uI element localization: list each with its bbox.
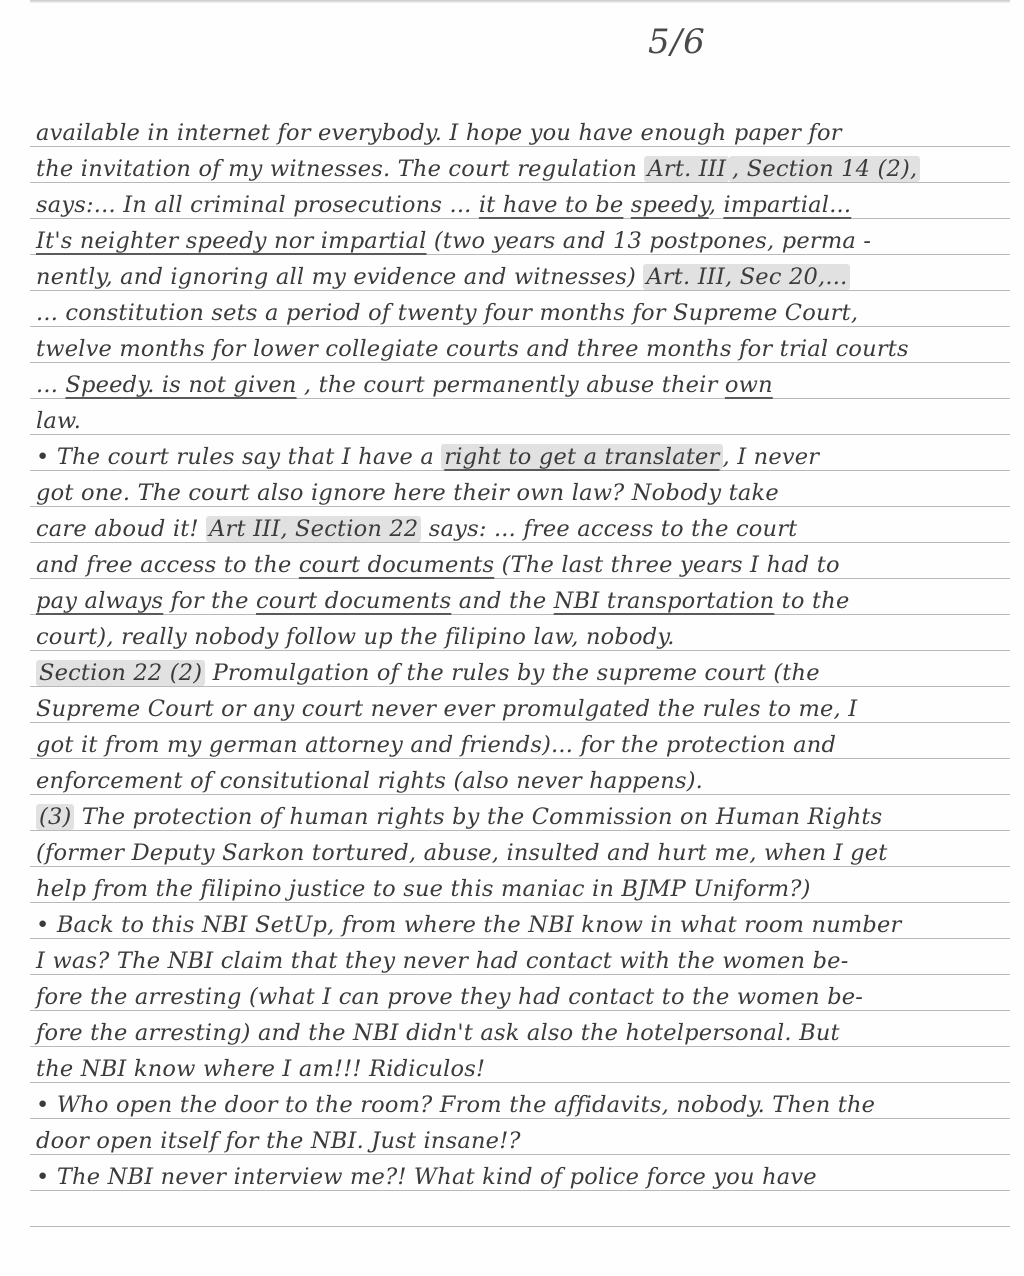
text-segment: says: ... free access to the court [421,516,797,542]
text-segment: ... constitution sets a period of twenty… [36,300,858,326]
text-line: (3) The protection of human rights by th… [36,800,1016,834]
text-segment: available in internet for everybody. I h… [36,120,842,146]
text-segment: got it from my german attorney and frien… [36,732,836,758]
text-segment: door open itself for the NBI. Just insan… [36,1128,521,1154]
text-line: the invitation of my witnesses. The cour… [36,152,1016,186]
text-line: Supreme Court or any court never ever pr… [36,692,1016,726]
text-line: enforcement of consitutional rights (als… [36,764,1016,798]
text-segment: court), really nobody follow up the fili… [36,624,675,650]
text-line: fore the arresting (what I can prove the… [36,980,1016,1014]
text-segment: fore the arresting) and the NBI didn't a… [36,1020,840,1046]
underlined-text: impartial... [723,192,851,218]
text-line: ... constitution sets a period of twenty… [36,296,1016,330]
text-segment: • Who open the door to the room? From th… [36,1092,875,1118]
text-line: (former Deputy Sarkon tortured, abuse, i… [36,836,1016,870]
text-segment: (The last three years I had to [494,552,840,578]
text-line: • Back to this NBI SetUp, from where the… [36,908,1016,942]
text-segment: got one. The court also ignore here thei… [36,480,779,506]
text-segment: to the [774,588,849,614]
text-segment: nently, and ignoring all my evidence and… [36,264,643,290]
text-line: got one. The court also ignore here thei… [36,476,1016,510]
text-segment: • Back to this NBI SetUp, from where the… [36,912,902,938]
text-segment: twelve months for lower collegiate court… [36,336,909,362]
text-segment: for the [163,588,256,614]
highlighted-text: , Section 14 (2), [729,156,920,182]
underlined-text: court documents [299,552,494,578]
highlighted-text: Section 22 (2) [36,660,205,686]
text-segment: and the [451,588,553,614]
text-line: law. [36,404,1016,438]
text-line: twelve months for lower collegiate court… [36,332,1016,366]
text-segment: help from the filipino justice to sue th… [36,876,811,902]
text-segment: Supreme Court or any court never ever pr… [36,696,857,722]
text-line: fore the arresting) and the NBI didn't a… [36,1016,1016,1050]
text-line: care aboud it! Art III, Section 22 says:… [36,512,1016,546]
highlighted-text: (3) [36,804,74,830]
text-segment: enforcement of consitutional rights (als… [36,768,703,794]
text-segment: • The court rules say that I have a [36,444,441,470]
text-line: Section 22 (2) Promulgation of the rules… [36,656,1016,690]
text-line: court), really nobody follow up the fili… [36,620,1016,654]
underlined-text: NBI transportation [554,588,775,614]
underlined-text: it have to be [479,192,624,218]
highlighted-text: Art. III [644,156,729,182]
text-segment: Promulgation of the rules by the supreme… [205,660,820,686]
text-line: available in internet for everybody. I h… [36,116,1016,150]
text-line: pay always for the court documents and t… [36,584,1016,618]
page-number: 5/6 [648,22,706,62]
text-segment: the NBI know where I am!!! Ridiculos! [36,1056,485,1082]
ruled-line [30,1226,1010,1227]
text-line: I was? The NBI claim that they never had… [36,944,1016,978]
text-segment: law. [36,408,81,434]
text-line: help from the filipino justice to sue th… [36,872,1016,906]
text-line: and free access to the court documents (… [36,548,1016,582]
text-line: the NBI know where I am!!! Ridiculos! [36,1052,1016,1086]
text-line: nently, and ignoring all my evidence and… [36,260,1016,294]
text-line: says:... In all criminal prosecutions ..… [36,188,1016,222]
text-segment: , I never [723,444,820,470]
text-segment [623,192,630,218]
underlined-text: own [725,372,773,398]
text-line: • Who open the door to the room? From th… [36,1088,1016,1122]
text-segment: • The NBI never interview me?! What kind… [36,1164,817,1190]
underlined-text: pay always [36,588,163,614]
highlighted-text: Art. III, Sec 20,... [643,264,850,290]
text-segment: care aboud it! [36,516,206,542]
underlined-text: speedy [631,192,709,218]
underlined-text: It's neighter speedy nor impartial [36,228,427,254]
highlighted-text: Art III, Section 22 [206,516,421,542]
highlighted-text: right to get a translater [441,444,722,470]
text-line: • The court rules say that I have a righ… [36,440,1016,474]
text-segment: (former Deputy Sarkon tortured, abuse, i… [36,840,888,866]
text-segment: , the court permanently abuse their [297,372,725,398]
text-segment: , [709,192,724,218]
text-segment: and free access to the [36,552,299,578]
text-segment: says:... In all criminal prosecutions ..… [36,192,479,218]
text-segment: fore the arresting (what I can prove the… [36,984,863,1010]
handwritten-letter-page: 5/6 available in internet for everybody.… [0,0,1024,1276]
scan-top-edge [30,0,1010,3]
text-line: door open itself for the NBI. Just insan… [36,1124,1016,1158]
text-segment: I was? The NBI claim that they never had… [36,948,849,974]
underlined-text: Speedy. is not given [65,372,296,398]
text-line: got it from my german attorney and frien… [36,728,1016,762]
text-segment: The protection of human rights by the Co… [74,804,882,830]
text-line: • The NBI never interview me?! What kind… [36,1160,1016,1194]
text-segment: ... [36,372,65,398]
underlined-text: court documents [256,588,451,614]
text-line: ... Speedy. is not given , the court per… [36,368,1016,402]
text-line: It's neighter speedy nor impartial (two … [36,224,1016,258]
text-segment: (two years and 13 postpones, perma - [427,228,872,254]
text-segment: the invitation of my witnesses. The cour… [36,156,644,182]
